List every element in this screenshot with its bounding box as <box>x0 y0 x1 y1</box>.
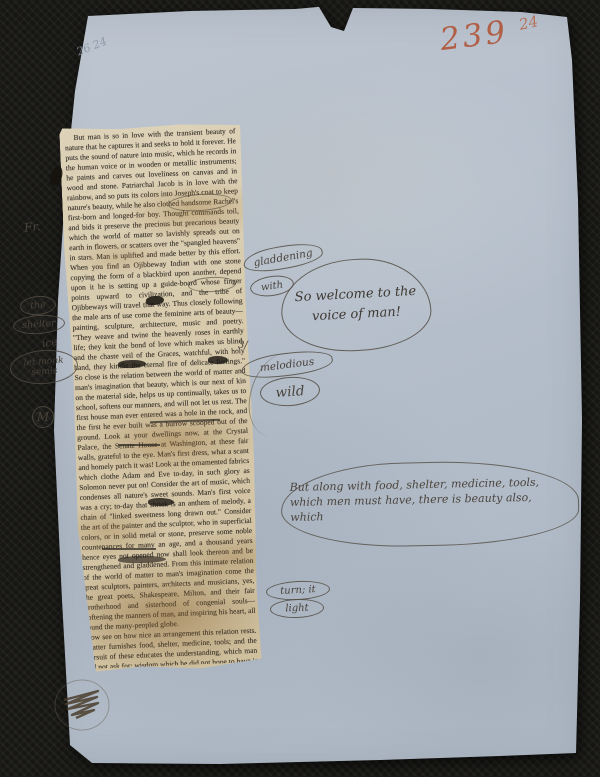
ink-blot <box>148 498 174 506</box>
photograph-background: 26 24 239 24 But man is so in love with … <box>0 0 600 777</box>
pencil-underline <box>118 444 160 446</box>
clipping-text: But man is so in love with the transient… <box>64 126 257 669</box>
margin-note-fr: Fr. <box>23 219 41 235</box>
scribble-doodle <box>52 678 112 734</box>
pencil-underline <box>102 548 156 550</box>
handwritten-note-text: But along with food, shelter, medicine, … <box>281 461 550 526</box>
margin-word-ice: ice <box>41 336 58 350</box>
margin-initial-m: M <box>32 406 54 428</box>
newspaper-clipping: But man is so in love with the transient… <box>59 121 263 673</box>
ink-blot <box>208 356 228 364</box>
margin-mark-3: 3/ <box>238 340 248 351</box>
